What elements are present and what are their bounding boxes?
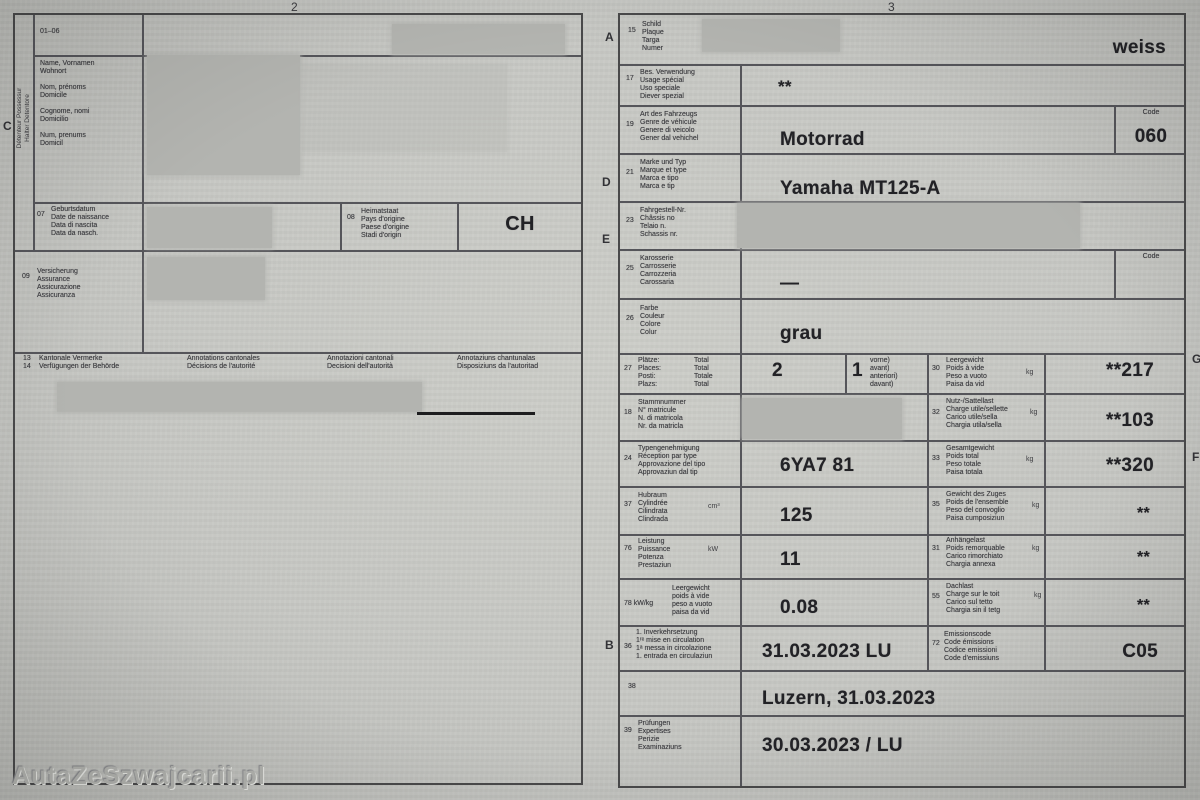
table-line	[33, 15, 35, 250]
type-approval-value: 6YA7 81	[780, 455, 854, 477]
power-weight-label: Leergewicht poids à vide peso a vuoto pa…	[672, 585, 712, 617]
redaction-block	[702, 19, 840, 52]
table-line	[620, 105, 1184, 107]
birthdate-number: 07	[37, 211, 45, 219]
section-letter-d: D	[602, 175, 611, 189]
table-line	[620, 578, 1184, 580]
table-line	[1044, 353, 1046, 670]
first-registration-value: 31.03.2023 LU	[762, 641, 892, 663]
issue-number: 38	[628, 683, 636, 691]
redaction-block	[147, 257, 265, 300]
section-letter-e: E	[602, 232, 610, 246]
table-line	[620, 670, 1184, 672]
field-01-06-number: 01–06	[40, 28, 59, 36]
section-letter-b: B	[605, 638, 614, 652]
table-line	[620, 64, 1184, 66]
body-number: 25	[626, 265, 634, 273]
power-value: 11	[780, 549, 801, 571]
inspection-label: Prüfungen Expertises Perizie Examinaziun…	[638, 720, 682, 752]
roof-load-unit: kg	[1034, 592, 1041, 599]
page-number-left: 2	[291, 0, 298, 14]
trailer-load-value: **	[1137, 549, 1150, 567]
power-weight-number: 78 kW/kg	[624, 600, 653, 608]
curb-weight-label: Leergewicht Poids à vide Peso a vuoto Pa…	[946, 357, 987, 389]
special-use-value: **	[778, 77, 792, 97]
plate-label: Schild Plaque Targa Numer	[642, 21, 664, 53]
page-number-right: 3	[888, 0, 895, 14]
seats-label: Plätze: Places: Posti: Plazs:	[638, 357, 661, 389]
issue-value: Luzern, 31.03.2023	[762, 688, 935, 710]
displacement-number: 37	[624, 501, 632, 509]
displacement-label: Hubraum Cylindrée Cilindrata Clindrada	[638, 492, 668, 524]
redaction-block	[742, 398, 902, 439]
make-number: 21	[626, 169, 634, 177]
holder-vertical-label: Détenteur Possessur Halter Detentore	[16, 85, 32, 151]
code-header: Code	[1114, 109, 1188, 117]
chassis-number: 23	[626, 217, 634, 225]
train-weight-value: **	[1137, 505, 1150, 523]
redaction-block	[392, 24, 565, 54]
power-label: Leistung Puissance Potenza Prestaziun	[638, 538, 671, 570]
body-value: —	[780, 273, 799, 295]
first-registration-number: 36	[624, 643, 632, 651]
colour-label: Farbe Couleur Colore Colur	[640, 305, 665, 337]
holder-name-label: Name, Vornamen Wohnort Nom, prénoms Domi…	[40, 60, 94, 148]
first-registration-label: 1. Inverkehrsetzung 1ʳᵉ mise en circulat…	[636, 629, 712, 661]
payload-value: **103	[1106, 410, 1154, 432]
make-label: Marke und Typ Marque et type Marca e tip…	[640, 159, 687, 191]
train-weight-number: 35	[932, 501, 940, 509]
type-approval-label: Typengenehmigung Réception par type Appr…	[638, 445, 705, 477]
origin-label: Heimatstaat Pays d'origine Paese d'origi…	[361, 208, 409, 240]
plate-number-field: 15	[628, 27, 636, 35]
payload-unit: kg	[1030, 409, 1037, 416]
make-value: Yamaha MT125-A	[780, 178, 941, 200]
section-letter-g: G	[1192, 352, 1200, 366]
gross-weight-label: Gesamtgewicht Poids total Peso totale Pa…	[946, 445, 994, 477]
code-header: Code	[1114, 253, 1188, 261]
colour-value: grau	[780, 323, 822, 345]
inspection-value: 30.03.2023 / LU	[762, 735, 903, 757]
right-page-table: 15 Schild Plaque Targa Numer weiss 17 Be…	[618, 13, 1186, 788]
table-line	[620, 153, 1184, 155]
gross-weight-unit: kg	[1026, 456, 1033, 463]
table-line	[15, 250, 581, 252]
vehicle-type-label: Art des Fahrzeugs Genre de véhicule Gene…	[640, 111, 698, 143]
table-line	[33, 55, 581, 57]
serial-number-field: 18	[624, 409, 632, 417]
cantonal-header-fr: Annotations cantonales Décisions de l'au…	[187, 355, 317, 371]
displacement-value: 125	[780, 505, 813, 527]
redaction-block	[302, 64, 507, 152]
roof-load-number: 55	[932, 593, 940, 601]
table-line	[340, 202, 342, 250]
trailer-load-label: Anhängelast Poids remorquable Carico rim…	[946, 537, 1005, 569]
gross-weight-number: 33	[932, 455, 940, 463]
table-line	[845, 353, 847, 393]
displacement-unit: cm³	[708, 503, 720, 510]
section-letter-c: C	[3, 119, 12, 133]
origin-value: CH	[457, 213, 583, 236]
trailer-load-unit: kg	[1032, 545, 1039, 552]
signature-line	[417, 412, 535, 415]
train-weight-label: Gewicht des Zuges Poids de l'ensemble Pe…	[946, 491, 1008, 523]
trailer-load-number: 31	[932, 545, 940, 553]
power-number: 76	[624, 545, 632, 553]
power-unit: kW	[708, 546, 718, 553]
cantonal-header-de: Kantonale Vermerke Verfügungen der Behör…	[39, 355, 179, 371]
redaction-block	[147, 207, 272, 248]
colour-number: 26	[626, 315, 634, 323]
redaction-block	[147, 55, 300, 175]
table-line	[620, 440, 1184, 442]
section-letter-a: A	[605, 30, 614, 44]
origin-number: 08	[347, 214, 355, 222]
vehicle-type-code: 060	[1114, 126, 1188, 148]
cantonal-header-it: Annotazioni cantonali Decisioni dell'aut…	[327, 355, 447, 371]
insurance-label: Versicherung Assurance Assicurazione Ass…	[37, 268, 81, 300]
seats-front-label: vorne) avant) anteriori) davant)	[870, 357, 898, 389]
roof-load-value: **	[1137, 597, 1150, 615]
table-line	[620, 353, 1184, 355]
seats-number: 27	[624, 365, 632, 373]
vehicle-type-number: 19	[626, 121, 634, 129]
gross-weight-value: **320	[1106, 455, 1154, 477]
plate-color-value: weiss	[1113, 37, 1166, 59]
table-line	[927, 353, 929, 670]
seats-total-value: 2	[772, 360, 783, 382]
roof-load-label: Dachlast Charge sur le toit Carico sul t…	[946, 583, 1000, 615]
birthdate-label: Geburtsdatum Date de naissance Data di n…	[51, 206, 109, 238]
special-use-number: 17	[626, 75, 634, 83]
table-line	[620, 625, 1184, 627]
table-line	[33, 202, 581, 204]
redaction-block	[737, 203, 1080, 248]
cantonal-numbers: 13 14	[23, 355, 31, 371]
left-page-table: Détenteur Possessur Halter Detentore 01–…	[13, 13, 583, 785]
type-approval-number: 24	[624, 455, 632, 463]
serial-label: Stammnummer N° matricule N. di matricola…	[638, 399, 686, 431]
table-line	[620, 249, 1184, 251]
body-label: Karosserie Carrosserie Carrozzeria Caros…	[640, 255, 676, 287]
power-weight-value: 0.08	[780, 597, 818, 619]
vehicle-type-value: Motorrad	[780, 129, 865, 151]
redaction-block	[57, 382, 422, 412]
emission-code-number: 72	[932, 640, 940, 648]
train-weight-unit: kg	[1032, 502, 1039, 509]
watermark: AutaZeSzwajcarii.pl	[12, 762, 266, 791]
curb-weight-unit: kg	[1026, 369, 1033, 376]
cantonal-header-rm: Annotaziuns chantunalas Disposiziuns da …	[457, 355, 582, 371]
curb-weight-number: 30	[932, 365, 940, 373]
table-line	[620, 298, 1184, 300]
curb-weight-value: **217	[1106, 360, 1154, 382]
emission-code-value: C05	[1122, 641, 1158, 663]
seats-front-value: 1	[852, 360, 863, 382]
section-letter-f: F	[1192, 450, 1199, 464]
table-line	[620, 715, 1184, 717]
insurance-number: 09	[22, 273, 30, 281]
table-line	[142, 15, 144, 352]
table-line	[620, 486, 1184, 488]
table-line	[620, 393, 1184, 395]
seats-total-label: Total Total Totale Total	[694, 357, 713, 389]
table-line	[15, 352, 581, 354]
table-line	[620, 534, 1184, 536]
scanned-vehicle-registration: 2 3 C A D E B G F Détenteur Possessur Ha…	[0, 0, 1200, 800]
payload-label: Nutz-/Sattellast Charge utile/sellette C…	[946, 398, 1008, 430]
special-use-label: Bes. Verwendung Usage spécial Uso specia…	[640, 69, 695, 101]
emission-code-label: Emissionscode Code émissions Codice emis…	[944, 631, 999, 663]
payload-number: 32	[932, 409, 940, 417]
chassis-label: Fahrgestell-Nr. Châssis no Telaio n. Sch…	[640, 207, 686, 239]
inspection-number: 39	[624, 727, 632, 735]
